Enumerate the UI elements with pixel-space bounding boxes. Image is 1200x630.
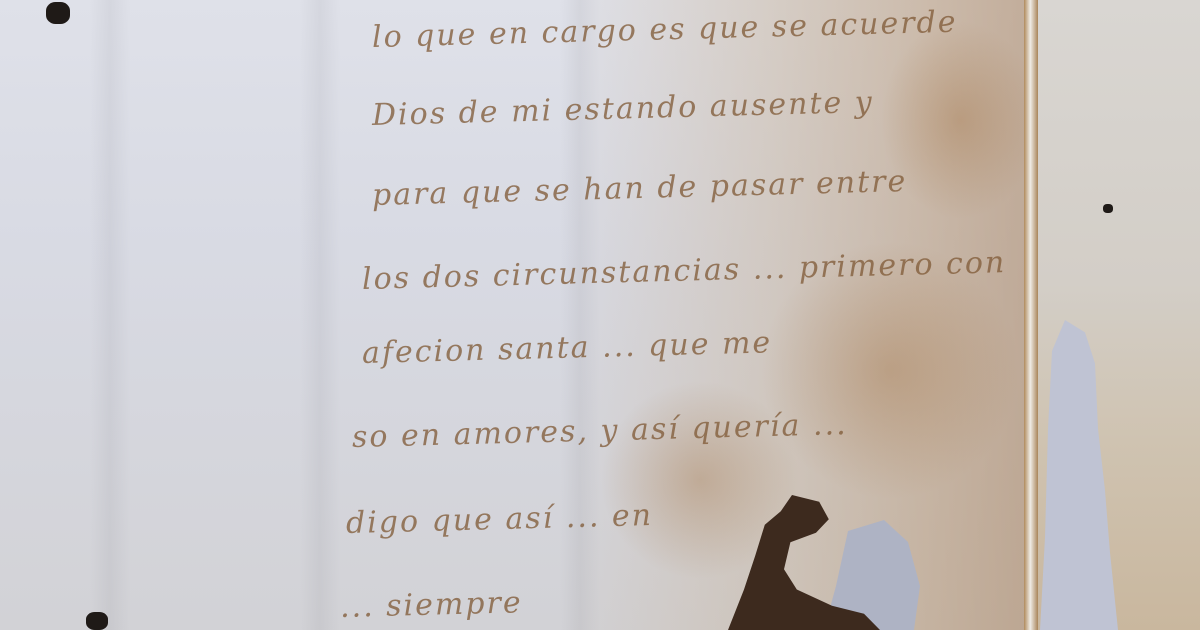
ink-speck — [1103, 204, 1113, 213]
handwriting-line: ... siempre — [340, 585, 523, 625]
ink-speck — [86, 612, 108, 630]
paper-fold — [90, 0, 130, 630]
manuscript-photo: lo que en cargo es que se acuerde Dios d… — [0, 0, 1200, 630]
torn-seam — [1024, 0, 1038, 630]
paper-fold — [300, 0, 340, 630]
ink-speck — [46, 2, 70, 24]
